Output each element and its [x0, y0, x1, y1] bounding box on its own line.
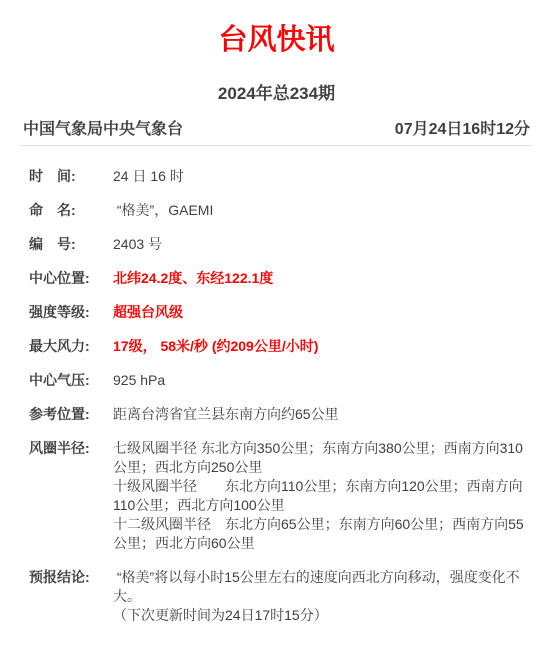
field-label-wind-circle-radius: 风圈半径:	[29, 439, 113, 458]
field-row-time: 时 间: 24 日 16 时	[29, 167, 530, 186]
page-title: 台风快讯	[23, 23, 530, 58]
field-value-name: “格美”，GAEMI	[113, 201, 530, 220]
agency-name: 中国气象局中央气象台	[23, 121, 183, 139]
field-label-forecast-conclusion: 预报结论:	[29, 568, 113, 587]
field-value-central-pressure: 925 hPa	[113, 371, 530, 390]
field-label-number: 编 号:	[29, 235, 113, 254]
field-row-forecast-conclusion: 预报结论: “格美”将以每小时15公里左右的速度向西北方向移动，强度变化不大。 …	[29, 568, 530, 625]
field-label-reference-position: 参考位置:	[29, 405, 113, 424]
field-label-time: 时 间:	[29, 167, 113, 186]
field-row-name: 命 名: “格美”，GAEMI	[29, 201, 530, 220]
typhoon-bulletin-page: 台风快讯 2024年总234期 中国气象局中央气象台 07月24日16时12分 …	[0, 0, 551, 654]
field-label-intensity: 强度等级:	[29, 303, 113, 322]
field-row-intensity: 强度等级: 超强台风级	[29, 303, 530, 322]
field-value-number: 2403 号	[113, 235, 530, 254]
field-value-intensity: 超强台风级	[113, 303, 530, 322]
field-value-max-wind: 17级， 58米/秒 (约209公里/小时)	[113, 337, 530, 356]
field-value-time: 24 日 16 时	[113, 167, 530, 186]
field-row-central-pressure: 中心气压: 925 hPa	[29, 371, 530, 390]
field-value-center-position: 北纬24.2度、东经122.1度	[113, 269, 530, 288]
header-row: 中国气象局中央气象台 07月24日16时12分	[23, 121, 530, 139]
field-row-wind-circle-radius: 风圈半径: 七级风圈半径 东北方向350公里；东南方向380公里；西南方向310…	[29, 439, 530, 553]
field-value-reference-position: 距离台湾省宜兰县东南方向约65公里	[113, 405, 530, 424]
field-row-max-wind: 最大风力: 17级， 58米/秒 (约209公里/小时)	[29, 337, 530, 356]
field-value-wind-circle-radius: 七级风圈半径 东北方向350公里；东南方向380公里；西南方向310公里；西北方…	[113, 439, 530, 553]
field-row-reference-position: 参考位置: 距离台湾省宜兰县东南方向约65公里	[29, 405, 530, 424]
bulletin-fields: 时 间: 24 日 16 时 命 名: “格美”，GAEMI 编 号: 2403…	[23, 167, 530, 625]
field-label-central-pressure: 中心气压:	[29, 371, 113, 390]
field-row-number: 编 号: 2403 号	[29, 235, 530, 254]
issue-datetime: 07月24日16时12分	[395, 121, 530, 139]
field-label-center-position: 中心位置:	[29, 269, 113, 288]
field-label-name: 命 名:	[29, 201, 113, 220]
field-row-center-position: 中心位置: 北纬24.2度、东经122.1度	[29, 269, 530, 288]
issue-number: 2024年总234期	[23, 84, 530, 104]
header-divider	[19, 145, 533, 146]
field-value-forecast-conclusion: “格美”将以每小时15公里左右的速度向西北方向移动，强度变化不大。 （下次更新时…	[113, 568, 530, 625]
field-label-max-wind: 最大风力:	[29, 337, 113, 356]
